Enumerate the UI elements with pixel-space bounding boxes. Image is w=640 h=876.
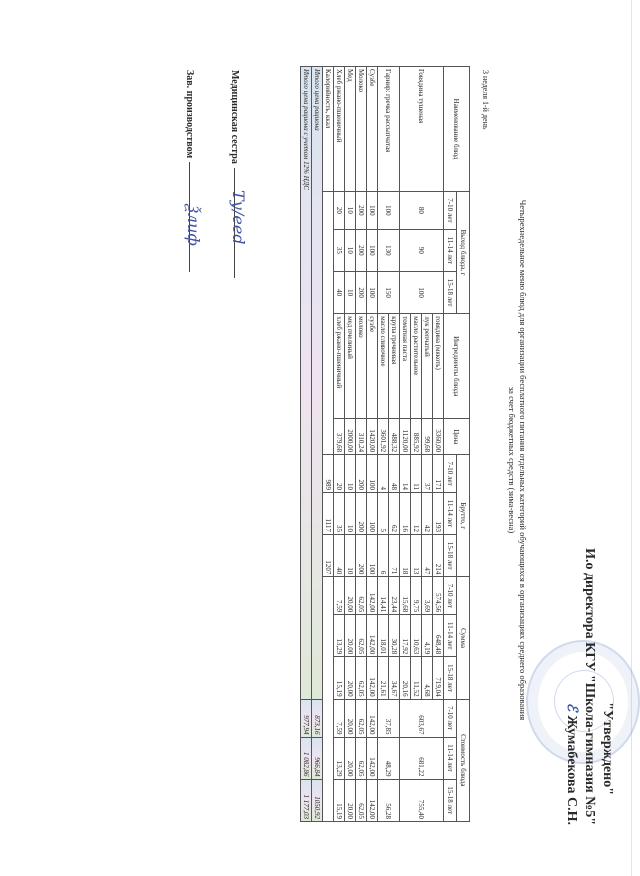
header-portion-age-2: 15-18 лет [444,271,457,313]
ingredient-name: хлеб ржано-пшеничный [334,314,345,419]
sum-value: 3,69 [422,577,433,615]
sum-value: 21,61 [378,657,389,699]
director-name: Жумабекова С.Н. [564,715,579,825]
ingredient-price: 885,92 [411,419,422,455]
dish-name: Хлеб ржано-пшеничный [334,67,345,192]
sum-value: 62,05 [356,577,367,615]
cost-value: 603,67 [400,699,444,737]
header-brutto: Брутто, г [457,455,470,577]
brutto-value: 20 [334,455,345,493]
total-value: 873,16 [312,699,323,737]
cost-value: 13,29 [334,737,345,779]
director-signature-icon: ℰ [564,703,579,711]
brutto-value: 47 [422,535,433,577]
portion-value: 90 [400,229,444,271]
title-line-1: Четырехнедельное меню блюд для организац… [517,100,528,820]
portion-value: 20 [334,192,345,230]
table-row: Гарнир: гречка рассыпчатая100130150крупа… [389,67,400,822]
sum-value: 18,01 [378,615,389,657]
cost-value: 20,00 [345,737,356,779]
ingredient-name: лук репчатый [422,314,433,419]
ingredient-price: 310,24 [356,419,367,455]
calories-label: Калорийность, ккал [323,67,334,192]
brutto-value: 171 [433,455,444,493]
brutto-value: 200 [356,535,367,577]
portion-value: 100 [367,271,378,313]
total-value: 1 177,03 [301,779,312,821]
cost-value: 15,19 [334,779,345,821]
nurse-signature: Ту/ееd [229,190,248,245]
total-row: Итого цена рациона873,16966,841050,92 [312,67,323,822]
header-cost-age-2: 15-18 лет [444,779,457,821]
header-price: Цена [444,419,470,455]
sum-value: 4,19 [422,615,433,657]
brutto-value: 71 [389,535,400,577]
empty-cell [323,192,334,455]
sum-value: 15,68 [400,577,411,615]
brutto-value: 4 [378,455,389,493]
sum-value: 62,05 [356,615,367,657]
sum-value: 20,00 [345,657,356,699]
week-day-label: 3 неделя 1-й день [481,70,490,130]
cost-value: 20,00 [345,699,356,737]
dish-name: Мед [345,67,356,192]
brutto-value: 100 [367,493,378,535]
total-row: Итого цена рациона с учетом 12% НДС977,9… [301,67,312,822]
brutto-value: 200 [356,493,367,535]
brutto-value: 42 [422,493,433,535]
portion-value: 150 [378,271,400,313]
cost-value: 56,28 [378,779,400,821]
ingredient-name: масло растительное [411,314,422,419]
brutto-value: 12 [411,493,422,535]
brutto-value: 48 [389,455,400,493]
portion-value: 100 [367,192,378,230]
header-ingredients: Ингредиенты блюда [444,314,470,419]
total-value: 1 082,86 [301,737,312,779]
cost-value: 142,00 [367,699,378,737]
ingredient-price: 99,68 [422,419,433,455]
portion-value: 10 [345,271,356,313]
sum-value: 142,00 [367,577,378,615]
sum-value: 11,52 [411,657,422,699]
ingredient-price: 1120,00 [400,419,411,455]
calories-value: 1117 [323,493,334,535]
brutto-value: 5 [378,493,389,535]
cost-value: 755,40 [400,779,444,821]
header-portion-age-1: 11-14 лет [444,229,457,271]
table-row: Молоко200200200молоко310,2420020020062,0… [356,67,367,822]
portion-value: 130 [378,229,400,271]
manager-signature: Ѯлиф [183,205,203,246]
ingredient-name: говядина (мякоть) [433,314,444,419]
sum-value: 7,59 [334,577,345,615]
approval-block: "Утверждено" И.о директора КГУ "Школа-ги… [562,505,616,825]
header-sum: Сумма [457,577,470,699]
sum-value: 34,67 [389,657,400,699]
portion-value: 100 [378,192,400,230]
menu-table: Наименование блюд Выход блюда, г Ингреди… [300,66,470,822]
dish-name: Молоко [356,67,367,192]
sum-value: 719,04 [433,657,444,699]
header-cost-age-0: 7-10 лет [444,699,457,737]
total-label: Итого цена рациона с учетом 12% НДС [301,67,312,700]
nurse-signature-line: Медицинская сестра [229,70,240,278]
header-brutto-age-2: 15-18 лет [444,535,457,577]
portion-value: 100 [367,229,378,271]
brutto-value: 13 [411,535,422,577]
sum-value: 13,29 [334,615,345,657]
sum-value: 15,19 [334,657,345,699]
nurse-label: Медицинская сестра [229,70,240,164]
calories-row: Калорийность, ккал98911171207 [323,67,334,822]
portion-value: 200 [356,271,367,313]
cost-value: 62,05 [356,737,367,779]
cost-value: 48,29 [378,737,400,779]
sum-value: 9,75 [411,577,422,615]
portion-value: 200 [356,192,367,230]
ingredient-name: сузбе [367,314,378,419]
portion-value: 10 [345,192,356,230]
header-portion: Выход блюда, г [457,192,470,314]
brutto-value: 214 [433,535,444,577]
cost-value: 681,22 [400,737,444,779]
sum-value: 142,00 [367,615,378,657]
dish-name: Сузбе [367,67,378,192]
portion-value: 35 [334,229,345,271]
header-sum-age-2: 15-18 лет [444,657,457,699]
portion-value: 40 [334,271,345,313]
portion-value: 10 [345,229,356,271]
brutto-value: 40 [334,535,345,577]
brutto-value: 100 [367,455,378,493]
ingredient-name: молоко [356,314,367,419]
brutto-value: 10 [345,493,356,535]
sum-value: 10,63 [411,615,422,657]
sum-value: 4,68 [422,657,433,699]
manager-label: Зав. производством [184,70,195,158]
ingredient-name: мед пчелиный [345,314,356,419]
total-value: 977,94 [301,699,312,737]
dish-name: Гарнир: гречка рассыпчатая [378,67,400,192]
sum-value: 20,00 [345,615,356,657]
table-row: Сузбе100100100сузбе1420,00100100100142,0… [367,67,378,822]
director-position: И.о директора КГУ "Школа-гимназия №5" [580,505,598,825]
header-brutto-age-1: 11-14 лет [444,493,457,535]
portion-value: 100 [400,271,444,313]
total-value: 966,84 [312,737,323,779]
brutto-value: 200 [356,455,367,493]
menu-body: Говядина тушеная8090100говядина (мякоть)… [301,67,444,822]
header-cost-age-1: 11-14 лет [444,737,457,779]
sum-value: 20,00 [345,577,356,615]
total-value: 1050,92 [312,779,323,821]
scanned-document: "Утверждено" И.о директора КГУ "Школа-ги… [0,0,640,876]
brutto-value: 6 [378,535,389,577]
brutto-value: 11 [411,455,422,493]
empty-cell [323,577,334,822]
table-row: Хлеб ржано-пшеничный203540хлеб ржано-пше… [334,67,345,822]
calories-value: 1207 [323,535,334,577]
dish-name: Говядина тушеная [400,67,444,192]
sum-value: 62,05 [356,657,367,699]
document-title: Четырехнедельное меню блюд для организац… [506,100,528,820]
ingredient-price: 488,32 [389,419,400,455]
header-portion-age-0: 7-10 лет [444,192,457,230]
header-brutto-age-0: 7-10 лет [444,455,457,493]
cost-value: 142,00 [367,737,378,779]
cost-value: 7,59 [334,699,345,737]
approved-label: "Утверждено" [598,505,616,825]
brutto-value: 10 [345,455,356,493]
brutto-value: 18 [400,535,411,577]
sum-value: 23,44 [389,577,400,615]
ingredient-price: 1420,00 [367,419,378,455]
cost-value: 37,85 [378,699,400,737]
header-cost: Стоимость блюда [457,699,470,821]
ingredient-name: крупа гречневая [389,314,400,419]
header-sum-age-0: 7-10 лет [444,577,457,615]
sum-value: 648,48 [433,615,444,657]
portion-value: 200 [356,229,367,271]
brutto-value: 193 [433,493,444,535]
portion-value: 80 [400,192,444,230]
sum-value: 30,28 [389,615,400,657]
table-row: Мед101010мед пчелиный2000,0010101020,002… [345,67,356,822]
header-sum-age-1: 11-14 лет [444,615,457,657]
brutto-value: 37 [422,455,433,493]
ingredient-price: 3601,92 [378,419,389,455]
ingredient-price: 2000,00 [345,419,356,455]
ingredient-name: масло сливочное [378,314,389,419]
ingredient-name: томатная паста [400,314,411,419]
brutto-value: 100 [367,535,378,577]
brutto-value: 35 [334,493,345,535]
header-dish-name: Наименование блюд [444,67,470,192]
ingredient-price: 3360,00 [433,419,444,455]
brutto-value: 16 [400,493,411,535]
ingredient-price: 379,68 [334,419,345,455]
sum-value: 20,16 [400,657,411,699]
brutto-value: 14 [400,455,411,493]
calories-value: 989 [323,455,334,493]
brutto-value: 10 [345,535,356,577]
cost-value: 20,00 [345,779,356,821]
sum-value: 574,56 [433,577,444,615]
sum-value: 142,00 [367,657,378,699]
cost-value: 142,00 [367,779,378,821]
sum-value: 17,92 [400,615,411,657]
sum-value: 14,41 [378,577,389,615]
cost-value: 62,05 [356,699,367,737]
title-line-2: за счет бюджетных средств (зима-весна) [506,100,517,820]
cost-value: 62,05 [356,779,367,821]
total-label: Итого цена рациона [312,67,323,700]
table-row: Говядина тушеная8090100говядина (мякоть)… [433,67,444,822]
brutto-value: 62 [389,493,400,535]
